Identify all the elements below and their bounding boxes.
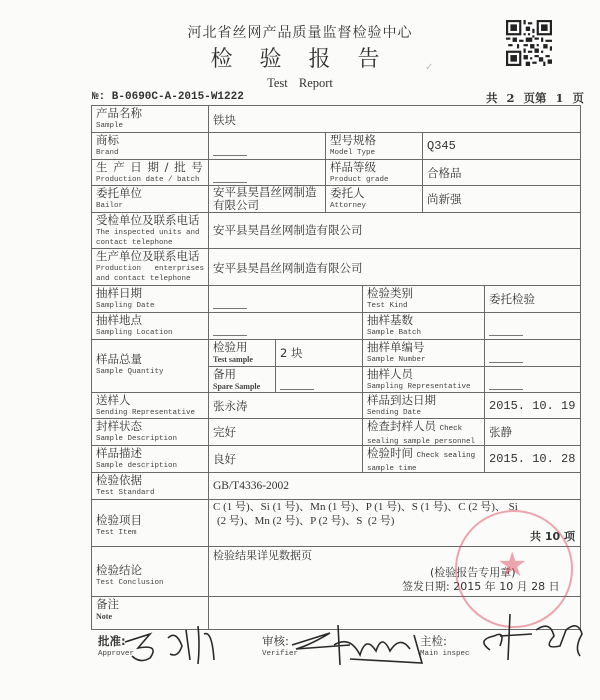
sending-date-value: 2015. 10. 19 bbox=[485, 399, 575, 413]
test-standard-label: 检验依据 Test Standard bbox=[92, 473, 208, 499]
spare-sample-label: 备用 Spare Sample bbox=[209, 367, 275, 393]
report-number: №: B-0690C-A-2015-W1222 bbox=[92, 91, 244, 103]
test-sample-label: 检验用 Test sample bbox=[209, 340, 275, 366]
table-border-right bbox=[580, 105, 581, 630]
main-inspector-signature bbox=[470, 610, 590, 665]
sample-number-label: 抽样单编号 Sample Number bbox=[363, 340, 484, 366]
sending-representative-value: 张永涛 bbox=[209, 399, 248, 413]
seal-state-value: 完好 bbox=[209, 425, 236, 439]
check-mark-icon: ✓ bbox=[425, 62, 433, 73]
test-kind-value: 委托检验 bbox=[485, 292, 535, 306]
test-sample-value: 2 块 bbox=[276, 346, 302, 360]
bailor-label: 委托单位 Bailor bbox=[92, 186, 208, 212]
product-grade-value: 合格品 bbox=[423, 166, 462, 180]
production-enterprises-value: 安平县昊昌丝网制造有限公司 bbox=[209, 261, 363, 275]
test-kind-label: 检验类别 Test Kind bbox=[363, 286, 484, 312]
check-sealing-personnel-value: 张静 bbox=[485, 425, 512, 439]
model-type-value: Q345 bbox=[423, 139, 456, 153]
report-title-en: Test Report bbox=[0, 76, 600, 91]
sample-number-value bbox=[485, 352, 523, 371]
production-enterprises-label: 生产单位及联系电话 Production enterprises and con… bbox=[92, 249, 208, 285]
sample-description-value: 良好 bbox=[209, 452, 236, 466]
test-standard-value: GB/T4336-2002 bbox=[209, 479, 289, 493]
sample-quantity-label: 样品总量 Sample Quantity bbox=[92, 352, 208, 378]
sampling-location-label: 抽样地点 Sampling Location bbox=[92, 313, 208, 339]
page-info: 共 2 页第 1 页 bbox=[486, 90, 584, 106]
sample-batch-value bbox=[485, 325, 523, 344]
sample-batch-label: 抽样基数 Sample Batch bbox=[363, 313, 484, 339]
check-sealing-time-value: 2015. 10. 28 bbox=[485, 452, 575, 466]
test-conclusion-label: 检验结论 Test Conclusion bbox=[92, 563, 208, 589]
verifier-signature bbox=[290, 615, 430, 670]
sample-value: 铁块 bbox=[209, 113, 236, 127]
sample-description-label: 样品描述 Sample description bbox=[92, 446, 208, 472]
sampling-representative-value bbox=[485, 379, 523, 398]
check-sealing-personnel-label: 检查封样人员 Check sealing sample personnel bbox=[363, 419, 484, 448]
product-grade-label: 样品等级 Product grade bbox=[326, 160, 422, 186]
brand-label: 商标 Brand bbox=[92, 133, 208, 159]
test-item-label: 检验项目 Test Item bbox=[92, 513, 208, 539]
sending-representative-label: 送样人 Sending Representative bbox=[92, 393, 208, 419]
sending-date-label: 样品到达日期 Sending Date bbox=[363, 393, 484, 419]
qr-code-icon bbox=[506, 20, 552, 66]
attorney-value: 尚新强 bbox=[423, 192, 462, 206]
seal-star-icon: ★ bbox=[497, 545, 527, 585]
sampling-date-label: 抽样日期 Sampling Date bbox=[92, 286, 208, 312]
bailor-value: 安平县昊昌丝网制造 有限公司 bbox=[209, 186, 317, 212]
check-sealing-time-label: 检验时间 Check sealing sample time bbox=[363, 446, 484, 475]
test-report-page: 河北省丝网产品质量监督检验中心 检 验 报 告 Test Report №: B… bbox=[0, 0, 600, 700]
sampling-representative-label: 抽样人员 Sampling Representative bbox=[363, 367, 484, 393]
spare-sample-value bbox=[276, 379, 314, 398]
inspected-units-value: 安平县昊昌丝网制造有限公司 bbox=[209, 223, 363, 237]
sampling-date-value bbox=[209, 298, 247, 317]
inspected-units-label: 受检单位及联系电话 The inspected units and contac… bbox=[92, 213, 208, 249]
production-date-label: 生 产 日 期 / 批 号 Production date / batch bbox=[92, 160, 208, 186]
attorney-label: 委托人 Attorney bbox=[326, 186, 422, 212]
brand-value bbox=[209, 145, 247, 164]
test-conclusion-value: 检验结果详见数据页 bbox=[209, 549, 312, 563]
seal-state-label: 封样状态 Sample Description bbox=[92, 419, 208, 445]
approver-signature bbox=[120, 620, 240, 670]
model-type-label: 型号规格 Model Type bbox=[326, 133, 422, 159]
sample-label: 产品名称 Sample bbox=[92, 106, 208, 132]
